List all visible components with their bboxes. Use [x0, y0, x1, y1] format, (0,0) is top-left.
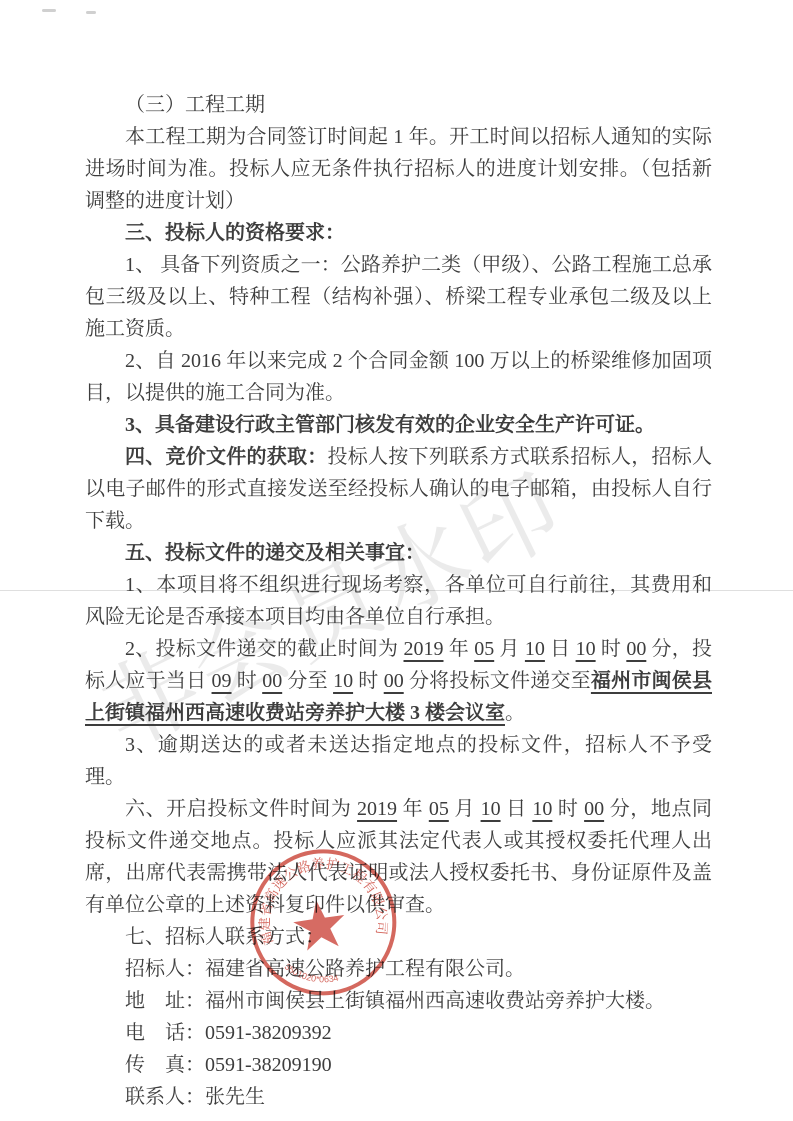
seal-star-icon	[291, 897, 349, 952]
text-run: 2019	[357, 798, 397, 820]
text-run: 05	[429, 798, 449, 820]
text-run: 本工程工期为合同签订时间起 1 年。开工时间以招标人通知的实际进场时间为准。投标…	[85, 126, 712, 212]
text-run: 年	[397, 798, 429, 820]
text-run: 六、开启投标文件时间为	[125, 798, 357, 820]
paragraph: （三）工程工期	[85, 89, 712, 121]
text-run: 1、本项目将不组织进行现场考察，各单位可自行前往，其费用和风险无论是否承接本项目…	[85, 574, 712, 628]
scanned-document-page: 非会员水印 （三）工程工期本工程工期为合同签订时间起 1 年。开工时间以招标人通…	[0, 0, 793, 1121]
paragraph: 3、具备建设行政主管部门核发有效的企业安全生产许可证。	[85, 409, 712, 441]
paragraph: 三、投标人的资格要求：	[85, 217, 712, 249]
text-run: 。	[505, 702, 525, 724]
paragraph: 电 话：0591-38209392	[85, 1017, 712, 1049]
text-run: 月	[449, 798, 481, 820]
text-run: 2、投标文件递交的截止时间为	[125, 638, 404, 660]
text-run: 10	[525, 638, 545, 660]
text-run: 10	[576, 638, 596, 660]
text-run: 四、竞价文件的获取：	[125, 446, 328, 468]
paragraph: 五、投标文件的递交及相关事宜：	[85, 537, 712, 569]
paragraph: 2、自 2016 年以来完成 2 个合同金额 100 万以上的桥梁维修加固项目，…	[85, 345, 712, 409]
text-run: 2019	[404, 638, 444, 660]
text-run: 2、自 2016 年以来完成 2 个合同金额 100 万以上的桥梁维修加固项目，…	[85, 350, 712, 404]
paragraph: 3、逾期送达的或者未送达指定地点的投标文件，招标人不予受理。	[85, 729, 712, 793]
paragraph: 传 真：0591-38209190	[85, 1049, 712, 1081]
company-seal-stamp: 福建省高速公路养护工程有限公司 3501020*0634	[235, 832, 417, 1023]
text-run: 月	[494, 638, 525, 660]
paragraph: 2、投标文件递交的截止时间为 2019 年 05 月 10 日 10 时 00 …	[85, 633, 712, 729]
text-run: 05	[474, 638, 494, 660]
text-run: 10	[333, 670, 353, 692]
text-run: 00	[584, 798, 604, 820]
text-run: 日	[545, 638, 576, 660]
text-run: 3、逾期送达的或者未送达指定地点的投标文件，招标人不予受理。	[85, 734, 712, 788]
text-run: 09	[212, 670, 232, 692]
text-run: 日	[501, 798, 533, 820]
text-run: 时	[552, 798, 584, 820]
text-run: 时	[596, 638, 627, 660]
text-run: 三、投标人的资格要求：	[125, 222, 345, 244]
scan-speck	[42, 9, 56, 12]
text-run: 00	[384, 670, 404, 692]
text-run: 联系人：张先生	[125, 1086, 265, 1108]
text-run: 时	[353, 670, 384, 692]
text-run: 传 真：0591-38209190	[125, 1054, 332, 1076]
paragraph: 四、竞价文件的获取：投标人按下列联系方式联系招标人，招标人以电子邮件的形式直接发…	[85, 441, 712, 537]
paragraph: 1、本项目将不组织进行现场考察，各单位可自行前往，其费用和风险无论是否承接本项目…	[85, 569, 712, 633]
paragraph: 联系人：张先生	[85, 1081, 712, 1113]
text-run: 10	[481, 798, 501, 820]
paragraph: 本工程工期为合同签订时间起 1 年。开工时间以招标人通知的实际进场时间为准。投标…	[85, 121, 712, 217]
scan-speck	[86, 11, 96, 14]
text-run: 1、 具备下列资质之一：公路养护二类（甲级）、公路工程施工总承包三级及以上、特种…	[85, 254, 712, 340]
text-run: 00	[262, 670, 282, 692]
text-run: 分将投标文件递交至	[404, 670, 591, 692]
paragraph: 1、 具备下列资质之一：公路养护二类（甲级）、公路工程施工总承包三级及以上、特种…	[85, 249, 712, 345]
text-run: 10	[532, 798, 552, 820]
text-run: 分至	[282, 670, 333, 692]
text-run: 年	[444, 638, 475, 660]
text-run: 五、投标文件的递交及相关事宜：	[125, 542, 425, 564]
text-run: 电 话：0591-38209392	[125, 1022, 332, 1044]
text-run: 00	[626, 638, 646, 660]
text-run: 3、具备建设行政主管部门核发有效的企业安全生产许可证。	[125, 414, 655, 436]
text-run: （三）工程工期	[125, 94, 265, 116]
text-run: 时	[232, 670, 263, 692]
